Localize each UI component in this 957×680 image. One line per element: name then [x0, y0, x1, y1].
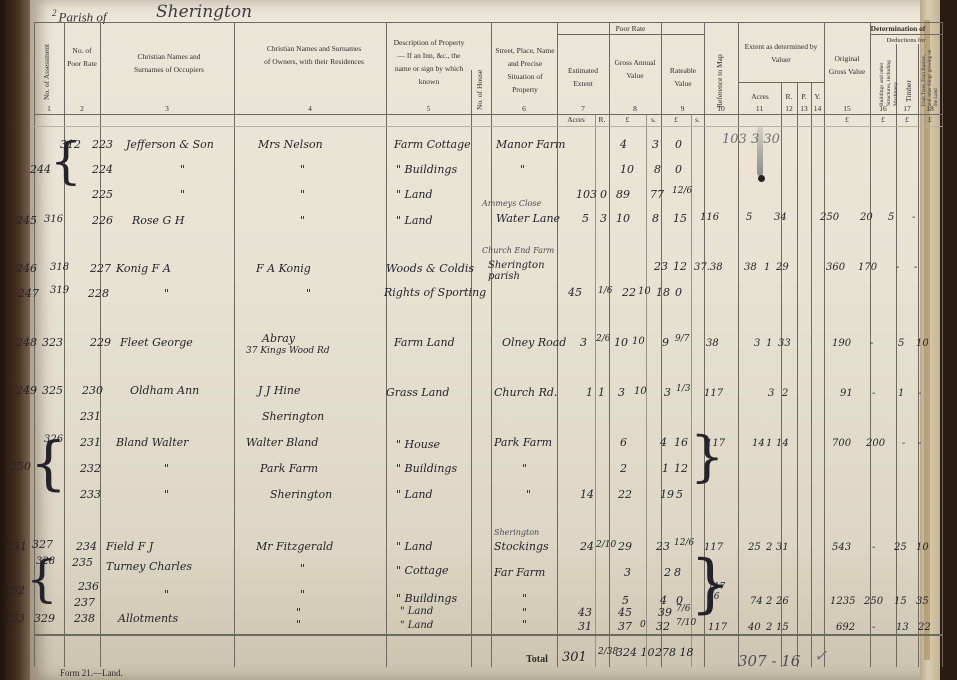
- valuer-acres-cell: 25: [748, 542, 761, 553]
- original-gross-value-cell: 1235: [830, 596, 855, 607]
- rateable-value-cell: 8: [654, 163, 661, 176]
- rateable-shillings-cell: 0: [675, 286, 682, 299]
- col-num-7: 7: [557, 104, 609, 113]
- col-3-header: Christian Names and Surnames of Occupier…: [124, 50, 214, 76]
- description-cell: " House: [396, 438, 440, 451]
- owner-cell: Sherington: [262, 410, 324, 423]
- estimated-acres-cell: 1: [586, 386, 593, 399]
- gross-value-cell: 22: [622, 286, 636, 299]
- ref-cell: 316: [44, 214, 63, 225]
- owner-cell: ": [300, 214, 305, 227]
- description-cell: " Buildings: [396, 592, 457, 605]
- poor-rate-cell: 223: [92, 138, 113, 151]
- deduction-fruit-cell: 10: [916, 542, 929, 553]
- map-ref-cell: 38: [706, 338, 719, 349]
- ref-cell: 328: [36, 556, 55, 567]
- brace: {: [50, 136, 82, 186]
- valuer-roods-cell: 2: [766, 622, 772, 633]
- owner-cell: Mrs Nelson: [258, 138, 323, 151]
- gross-value-cell: 89: [616, 188, 630, 201]
- street-cell: ": [520, 163, 525, 176]
- col-num-2: 2: [64, 104, 100, 113]
- unit-roods: R.: [595, 115, 609, 124]
- unit-shillings: s.: [646, 115, 661, 124]
- col-num-10: 10: [704, 104, 738, 113]
- deduction-timber-cell: 25: [894, 542, 907, 553]
- poor-rate-cell: 229: [90, 336, 111, 349]
- rateable-value-cell: 18: [656, 286, 670, 299]
- rateable-value-cell: 2: [664, 566, 671, 579]
- col-num-11: 11: [738, 104, 781, 113]
- occupier-cell: ": [164, 287, 169, 300]
- rateable-value-cell: 23: [654, 260, 668, 273]
- assessment-cell: 247: [18, 287, 39, 300]
- gross-value-cell: 29: [618, 540, 632, 553]
- col-num-1: 1: [34, 104, 64, 113]
- map-ref-cell: 117: [706, 438, 725, 449]
- valuer-roods-cell: 1: [766, 338, 772, 349]
- description-cell: Rights of Sporting: [384, 286, 486, 299]
- description-cell: Grass Land: [386, 386, 449, 399]
- col-num-16: 16: [870, 104, 896, 113]
- col-5-header: Description of Property— If an Inn, &c.,…: [392, 36, 466, 88]
- estimated-acres-cell: 103: [576, 188, 597, 201]
- deduction-timber-cell: 5: [898, 338, 904, 349]
- description-cell: " Cottage: [396, 564, 449, 577]
- valuer-perches-cell: 34: [774, 212, 787, 223]
- gross-value-cell: 2: [620, 462, 627, 475]
- valuer-acres-cell: 74: [750, 596, 763, 607]
- original-gross-value-cell: 91: [840, 388, 853, 399]
- estimated-roods-cell: 1: [598, 386, 605, 399]
- deduction-timber-cell: -: [902, 438, 905, 449]
- street-cell: ": [522, 592, 527, 605]
- original-gross-value-cell: 543: [832, 542, 851, 553]
- total-rateable-value: 278 18: [655, 646, 694, 659]
- gross-shillings-cell: 10: [634, 386, 647, 397]
- poor-rate-group-header: Poor Rate: [557, 22, 704, 35]
- ink-blot: [758, 175, 765, 182]
- assessment-cell: 252: [4, 584, 25, 597]
- occupier-cell: ": [180, 188, 185, 201]
- parish-name: Sherington: [156, 2, 326, 23]
- ink-stain: [757, 126, 763, 176]
- gross-shillings-cell: 10: [632, 336, 645, 347]
- deduction-fruit-cell: -: [912, 212, 915, 223]
- original-gross-value-cell: 190: [832, 338, 851, 349]
- description-cell: " Land: [396, 214, 433, 227]
- gross-value-cell: 6: [620, 436, 627, 449]
- rateable-shillings-cell: 12/6: [672, 186, 692, 196]
- valuer-perches-cell: 33: [778, 338, 791, 349]
- ref-cell: 319: [50, 285, 69, 296]
- unit-pounds: £: [896, 115, 918, 124]
- map-ref-cell: 117 56: [708, 582, 726, 602]
- col-1-header: No. of Assessment: [42, 44, 51, 100]
- original-gross-value-cell: 360: [826, 262, 845, 273]
- rateable-value-cell: 3: [664, 386, 671, 399]
- street-cell: Manor Farm: [496, 138, 565, 151]
- col-4-header: Christian Names and Surnames of Owners, …: [264, 42, 364, 68]
- gross-value-cell: 4: [620, 138, 627, 151]
- gross-shillings-cell: 10: [638, 286, 651, 297]
- owner-cell: J J Hine: [258, 384, 301, 397]
- deduction-timber-cell: 13: [896, 622, 909, 633]
- description-cell: Woods & Coldis: [386, 262, 474, 275]
- valuer-acres-cell: 14: [752, 438, 765, 449]
- valuer-acres-cell: 3: [754, 338, 760, 349]
- deduction-buildings-cell: 20: [860, 212, 873, 223]
- occupier-cell: Konig F A: [116, 262, 171, 275]
- rateable-shillings-cell: 0: [675, 163, 682, 176]
- owner-cell: Park Farm: [260, 462, 318, 475]
- description-cell: Farm Land: [394, 336, 455, 349]
- owner-cell: Sherington: [270, 488, 332, 501]
- street-cell: Church Rd.: [494, 386, 557, 399]
- ref-cell: 325: [42, 384, 63, 397]
- deduction-fruit-cell: 35: [916, 596, 929, 607]
- col-num-9: 9: [661, 104, 704, 113]
- street-cell: Park Farm: [494, 436, 552, 449]
- occupier-cell: ": [180, 163, 185, 176]
- occupier-cell: Turney Charles: [106, 560, 192, 573]
- occupier-cell: Jefferson & Son: [126, 138, 214, 151]
- valuer-acres-cell: 40: [748, 622, 761, 633]
- form-label: Form 21.—Land.: [60, 668, 123, 678]
- estimated-acres-cell: 14: [580, 488, 594, 501]
- owner-cell: F A Konig: [256, 262, 311, 275]
- deduction-fruit-cell: 22: [918, 622, 931, 633]
- rateable-shillings-cell: 12: [674, 462, 688, 475]
- poor-rate-cell: 230: [82, 384, 103, 397]
- gross-value-cell: 45: [618, 606, 632, 619]
- col-num-4: 4: [234, 104, 386, 113]
- no-of-house-header: No. of House: [475, 70, 484, 110]
- assessment-cell: 249: [16, 384, 37, 397]
- assessment-cell: 246: [16, 262, 37, 275]
- assessment-cell: 250: [10, 460, 31, 473]
- rateable-shillings-cell: 9/7: [675, 334, 689, 344]
- total-gross-value: 324 10: [616, 646, 655, 659]
- estimated-roods-cell: 1/6: [598, 286, 612, 296]
- rateable-shillings-cell: 5: [676, 488, 683, 501]
- col-9-header: Rateable Value: [663, 64, 703, 90]
- col-num-13: 13: [797, 104, 811, 113]
- col-num-17: 17: [896, 104, 918, 113]
- estimated-acres-cell: 31: [578, 620, 592, 633]
- poor-rate-cell: 232: [80, 462, 101, 475]
- deduction-timber-cell: -: [896, 262, 899, 273]
- col-num-8: 8: [609, 104, 661, 113]
- deduction-timber-cell: 5: [888, 212, 894, 223]
- description-cell: Farm Cottage: [394, 138, 471, 151]
- unit-pounds: £: [609, 115, 646, 124]
- col-11-header: Acres: [740, 90, 780, 103]
- rateable-shillings-cell: 15: [673, 212, 687, 225]
- occupier-cell: Allotments: [118, 612, 178, 625]
- unit-pounds: £: [824, 115, 870, 124]
- occupier-cell: Field F J: [106, 540, 153, 553]
- valuer-perches-cell: 31: [776, 542, 789, 553]
- col-14-header: Y.: [811, 90, 824, 103]
- total-estimated-acres: 301: [562, 650, 587, 665]
- ref-cell: 326: [44, 434, 63, 445]
- rateable-shillings-cell: 7/6: [676, 604, 690, 614]
- valuer-roods-cell: 3: [768, 388, 774, 399]
- owner-cell: ": [300, 163, 305, 176]
- deduction-timber-cell: 1: [898, 388, 904, 399]
- col-8-header: Gross Annual Value: [611, 56, 659, 82]
- valuer-roods-cell: 1: [764, 262, 770, 273]
- description-cell: " Buildings: [396, 462, 457, 475]
- deduction-fruit-cell: -: [914, 262, 917, 273]
- rateable-shillings-cell: 16: [674, 436, 688, 449]
- rateable-shillings-cell: 12: [673, 260, 687, 273]
- occupier-cell: Bland Walter: [116, 436, 188, 449]
- estimated-acres-cell: 45: [568, 286, 582, 299]
- rateable-value-cell: 4: [660, 436, 667, 449]
- deduction-buildings-cell: -: [870, 338, 873, 349]
- rateable-shillings-cell: 0: [675, 138, 682, 151]
- street-cell: ": [522, 462, 527, 475]
- poor-rate-cell: 231: [80, 410, 101, 423]
- valuer-perches-cell: 15: [776, 622, 789, 633]
- page-mark: 2: [52, 8, 57, 18]
- occupier-cell: ": [164, 588, 169, 601]
- rateable-shillings-cell: 7/10: [676, 618, 696, 628]
- col-10-header: Reference to Map: [715, 54, 724, 108]
- deduction-timber-cell: 15: [894, 596, 907, 607]
- rateable-shillings-cell: 1/3: [676, 384, 690, 394]
- owner-cell: Walter Bland: [246, 436, 318, 449]
- original-gross-value-cell: 700: [832, 438, 851, 449]
- valuer-perches-cell: 29: [776, 262, 789, 273]
- ref-cell: 329: [34, 612, 55, 625]
- deduction-buildings-cell: -: [872, 622, 875, 633]
- assessment-cell: 251: [6, 540, 27, 553]
- col-6-header: Street, Place, Name and Precise Situatio…: [494, 44, 556, 96]
- col-num-3: 3: [100, 104, 234, 113]
- map-ref-cell: 117: [708, 622, 727, 633]
- estimated-acres-cell: 5: [582, 212, 589, 225]
- deduction-buildings-cell: 200: [866, 438, 885, 449]
- unit-pounds: £: [661, 115, 691, 124]
- street-cell: ": [522, 618, 527, 631]
- unit-pounds: £: [870, 115, 896, 124]
- total-label: Total: [526, 654, 548, 665]
- estimated-roods-cell: 2/6: [596, 334, 610, 344]
- street-cell: Olney Road: [502, 336, 566, 349]
- unit-shillings: s.: [691, 115, 704, 124]
- map-ref-cell: 116: [700, 212, 719, 223]
- rateable-value-cell: 19: [660, 488, 674, 501]
- occupier-cell: Fleet George: [120, 336, 193, 349]
- owner-cell: Mr Fitzgerald: [256, 540, 333, 553]
- valuer-perches-cell: 26: [776, 596, 789, 607]
- deduction-buildings-cell: 170: [858, 262, 877, 273]
- col-18-header: Fruit Trees, Fruit Bushes, and other thi…: [922, 48, 940, 106]
- street-cell: Water Lane: [496, 212, 560, 225]
- extent-group-header: Extent as determined by Valuer: [740, 40, 822, 66]
- total-valuer-extent: 307 - 16: [738, 652, 800, 670]
- estimated-roods-cell: 3: [600, 212, 607, 225]
- poor-rate-cell: 235: [72, 556, 93, 569]
- col-12-header: R.: [781, 90, 797, 103]
- deduction-fruit-cell: -: [918, 388, 921, 399]
- owner-cell: ": [300, 188, 305, 201]
- occupier-cell: ": [164, 462, 169, 475]
- poor-rate-cell: 224: [92, 163, 113, 176]
- poor-rate-cell: 237: [74, 596, 95, 609]
- poor-rate-cell: 231: [80, 436, 101, 449]
- map-ref-cell: 37.38: [694, 262, 723, 273]
- poor-rate-cell: 234: [76, 540, 97, 553]
- description-cell: " Land: [396, 488, 433, 501]
- valuer-roods-cell: 2: [766, 596, 772, 607]
- col-2-header: No. of Poor Rate: [66, 44, 98, 70]
- estimated-roods-cell: 0: [600, 188, 607, 201]
- assessment-cell: 244: [30, 163, 51, 176]
- ref-cell: 323: [42, 336, 63, 349]
- gross-shillings-cell: 0: [640, 620, 646, 630]
- col-num-12: 12: [781, 104, 797, 113]
- gross-value-cell: 3: [624, 566, 631, 579]
- original-gross-value-cell: 692: [836, 622, 855, 633]
- col-16-header: Buildings and other Structures, includin…: [879, 48, 900, 106]
- gross-value-cell: 10: [614, 336, 628, 349]
- rateable-value-cell: 3: [652, 138, 659, 151]
- col-17-header: Timber: [904, 80, 913, 102]
- col-15-header: Original Gross Value: [826, 52, 868, 78]
- rateable-value-cell: 23: [656, 540, 670, 553]
- gross-value-cell: 10: [616, 212, 630, 225]
- owner-cell: ": [300, 588, 305, 601]
- col-num-18: 18: [918, 104, 942, 113]
- owner-cell: ": [306, 287, 311, 300]
- description-cell: " Land: [400, 606, 433, 617]
- street-cell: Far Farm: [494, 566, 545, 579]
- occupier-cell: Rose G H: [132, 214, 184, 227]
- valuer-perches-cell: 2: [782, 388, 788, 399]
- rateable-value-cell: 1: [662, 462, 669, 475]
- owner-cell: ": [296, 618, 301, 631]
- poor-rate-cell: 228: [88, 287, 109, 300]
- assessment-cell: 253: [4, 612, 25, 625]
- poor-rate-cell: 238: [74, 612, 95, 625]
- col-num-5: 5: [386, 104, 471, 113]
- deduction-fruit-cell: 10: [916, 338, 929, 349]
- col-num-6: 6: [491, 104, 557, 113]
- col-num-15: 15: [824, 104, 870, 113]
- deduction-buildings-cell: -: [872, 388, 875, 399]
- valuer-perches-cell: 14: [776, 438, 789, 449]
- gross-value-cell: 3: [618, 386, 625, 399]
- valuer-roods-cell: 2: [766, 542, 772, 553]
- col-num-14: 14: [811, 104, 824, 113]
- assessment-cell: 248: [16, 336, 37, 349]
- poor-rate-cell: 225: [92, 188, 113, 201]
- gross-value-cell: 22: [618, 488, 632, 501]
- poor-rate-cell: 226: [92, 214, 113, 227]
- total-estimated-roods: 2/38: [598, 648, 612, 657]
- deduction-buildings-cell: 250: [864, 596, 883, 607]
- map-ref-cell: 117: [704, 388, 723, 399]
- col-13-header: P.: [797, 90, 811, 103]
- poor-rate-cell: 233: [80, 488, 101, 501]
- deduction-fruit-cell: -: [918, 438, 921, 449]
- poor-rate-cell: 236: [78, 580, 99, 593]
- rateable-value-cell: 32: [656, 620, 670, 633]
- occupier-cell: Oldham Ann: [130, 384, 199, 397]
- gross-value-cell: 10: [620, 163, 634, 176]
- rateable-shillings-cell: 8: [674, 566, 681, 579]
- rateable-value-cell: 39: [658, 606, 672, 619]
- description-cell: " Buildings: [396, 163, 457, 176]
- valuer-roods-cell: 1: [766, 438, 772, 449]
- rateable-value-cell: 77: [650, 188, 664, 201]
- check-mark: ✓: [814, 646, 827, 665]
- rateable-value-cell: 9: [662, 336, 669, 349]
- deductions-group-header: Deductions for: [870, 34, 942, 47]
- pencil-note: 103 3 30: [722, 132, 780, 147]
- valuer-acres-cell: 5: [746, 212, 752, 223]
- estimated-acres-cell: 43: [578, 606, 592, 619]
- owner-address: 37 Kings Wood Rd: [246, 346, 330, 356]
- poor-rate-cell: 227: [90, 262, 111, 275]
- unit-acres: Acres: [557, 115, 595, 124]
- unit-pounds: £: [918, 115, 942, 124]
- owner-cell: Abray: [262, 332, 295, 345]
- rateable-value-cell: 8: [652, 212, 659, 225]
- original-gross-value-cell: 250: [820, 212, 839, 223]
- assessment-cell: 245: [16, 214, 37, 227]
- street-cell: ": [526, 488, 531, 501]
- estimated-acres-cell: 3: [580, 336, 587, 349]
- valuer-acres-cell: 38: [744, 262, 757, 273]
- description-cell: " Land: [396, 188, 433, 201]
- street-note: Ammeys Close: [482, 199, 541, 208]
- estimated-acres-cell: 24: [580, 540, 594, 553]
- estimated-roods-cell: 2/10: [596, 540, 616, 550]
- col-7-header: Estimated Extent: [559, 64, 607, 90]
- description-cell: " Land: [396, 540, 433, 553]
- occupier-cell: ": [164, 488, 169, 501]
- street-note: Church End Farm: [482, 246, 554, 255]
- owner-cell: ": [300, 562, 305, 575]
- street-note: Sherington: [494, 528, 539, 537]
- description-cell: " Land: [400, 620, 433, 631]
- deduction-buildings-cell: -: [872, 542, 875, 553]
- street-cell: Sherington parish: [488, 260, 548, 282]
- ref-cell: 318: [50, 262, 69, 273]
- gross-value-cell: 37: [618, 620, 632, 633]
- street-cell: Stockings: [494, 540, 549, 553]
